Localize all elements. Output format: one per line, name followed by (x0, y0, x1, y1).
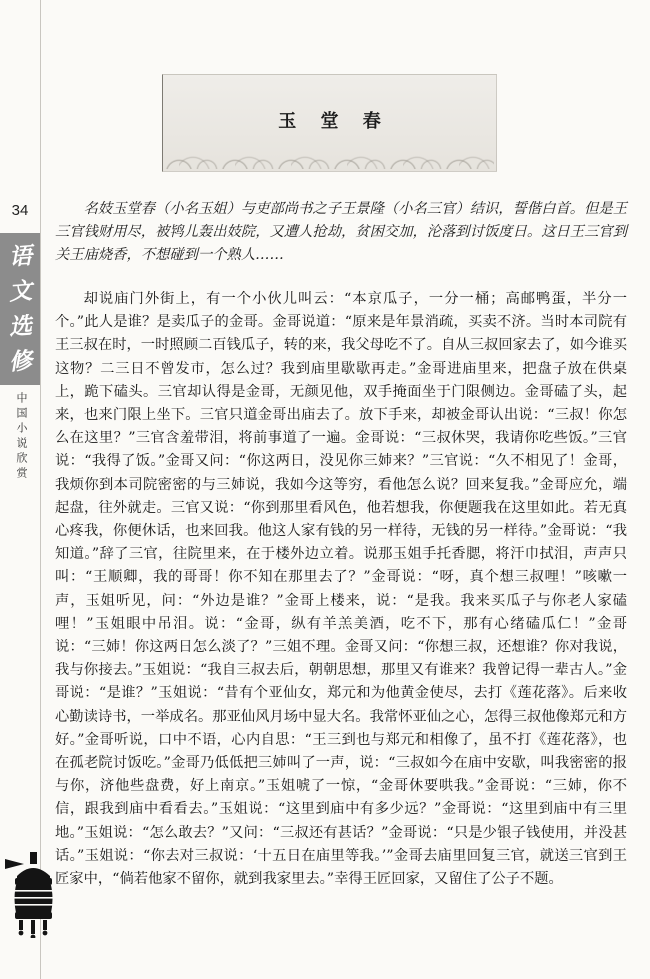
page-number: 34 (0, 202, 40, 219)
chapter-title: 玉 堂 春 (163, 107, 496, 133)
series-char: 语 (8, 244, 33, 269)
textbook-page: 34 语 文 选 修 中国小说欣赏 玉 堂 春 名妓玉堂春（小名玉姐）与吏部尚书… (0, 0, 650, 979)
chapter-header-box: 玉 堂 春 (162, 74, 497, 172)
book-title-vertical: 中国小说欣赏 (13, 392, 29, 482)
story-body-paragraph: 却说庙门外街上，有一个小伙儿叫云：“本京瓜子，一分一桶；高邮鸭蛋，半分一个。”此… (55, 288, 627, 891)
series-char: 修 (8, 349, 33, 374)
series-char: 文 (8, 279, 33, 304)
lantern-icon (5, 852, 61, 938)
series-char: 选 (8, 314, 33, 339)
intro-summary-paragraph: 名妓玉堂春（小名玉姐）与吏部尚书之子王景隆（小名三官）结识，誓偕白首。但是王三官… (55, 198, 627, 267)
margin-rule-line (40, 0, 41, 979)
wave-ornament (165, 143, 494, 169)
series-title-tab: 语 文 选 修 (0, 233, 40, 385)
